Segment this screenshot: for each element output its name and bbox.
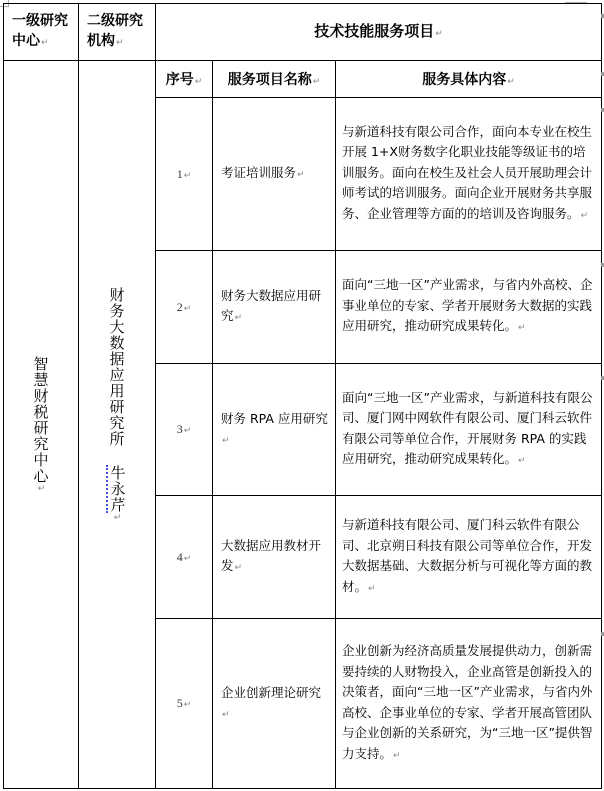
row-content-value: 企业创新为经济高质量发展提供动力，创新需要持续的人财物投入，企业高管是创新投入的… <box>342 643 592 761</box>
paragraph-mark-icon: ↵ <box>235 313 243 323</box>
paragraph-mark-icon: ↵ <box>507 77 515 87</box>
subheader-name-label: 服务项目名称 <box>228 72 312 88</box>
paragraph-mark-icon: ↵ <box>184 699 192 709</box>
header-level2-label: 二级研究机构 <box>87 13 143 49</box>
paragraph-mark-icon: ↵ <box>435 29 443 39</box>
paragraph-mark-icon: ↵ <box>235 563 243 573</box>
level2-person-name: 牛永芹 <box>106 465 129 513</box>
row-content: 企业创新为经济高质量发展提供动力，创新需要持续的人财物投入，企业高管是创新投入的… <box>336 619 602 789</box>
paragraph-mark-icon: ↵ <box>368 584 376 594</box>
paragraph-mark-icon: ↵ <box>222 710 230 720</box>
paragraph-mark-icon: ↵ <box>114 513 122 523</box>
row-name-value: 企业创新理论研究 <box>221 685 321 700</box>
row-content-value: 面向“三地一区”产业需求，与新道科技有限公司、厦门网中网软件有限公司、厦门科云软… <box>342 390 592 467</box>
paragraph-mark-icon: ↵ <box>184 303 192 313</box>
row-seq-value: 5 <box>177 696 183 710</box>
row-name: 大数据应用教材开发↵ <box>213 496 336 619</box>
row-seq-value: 1 <box>177 167 183 181</box>
subheader-row: 智慧财税研究中心 ↵ 财务大数据应用研究所 牛永芹 ↵ 序号↵ 服务项目名称↵ … <box>4 61 602 98</box>
paragraph-mark-icon: ↵ <box>195 77 203 87</box>
row-content: 面向“三地一区”产业需求，与新道科技有限公司、厦门网中网软件有限公司、厦门科云软… <box>336 364 602 496</box>
row-name: 企业创新理论研究↵ <box>213 619 336 789</box>
row-seq-value: 2 <box>177 300 183 314</box>
row-name-value: 财务 RPA 应用研究 <box>221 411 328 426</box>
row-name: 财务大数据应用研究↵ <box>213 251 336 364</box>
paragraph-mark-icon: ↵ <box>518 456 526 466</box>
row-seq: 3↵ <box>156 364 213 496</box>
row-seq: 5↵ <box>156 619 213 789</box>
header-level1-label: 一级研究中心 <box>12 13 68 49</box>
level1-center-cell: 智慧财税研究中心 ↵ <box>4 61 79 789</box>
level2-institute-cell: 财务大数据应用研究所 牛永芹 ↵ <box>79 61 156 789</box>
paragraph-mark-icon: ↵ <box>581 211 589 221</box>
row-content: 与新道科技有限公司、厦门科云软件有限公司、北京朔日科技有限公司等单位合作，开发大… <box>336 496 602 619</box>
paragraph-mark-icon: ↵ <box>38 484 46 494</box>
paragraph-mark-icon: ↵ <box>184 170 192 180</box>
paragraph-mark-icon: ↵ <box>393 751 401 761</box>
row-seq: 4↵ <box>156 496 213 619</box>
paragraph-mark-icon: ↵ <box>184 553 192 563</box>
subheader-name: 服务项目名称↵ <box>213 61 336 98</box>
subheader-seq: 序号↵ <box>156 61 213 98</box>
header-level1-center: 一级研究中心↵ <box>4 4 79 61</box>
header-level2-institute: 二级研究机构↵ <box>79 4 156 61</box>
row-seq-value: 4 <box>177 550 183 564</box>
row-name: 考证培训服务↵ <box>213 98 336 251</box>
paragraph-mark-icon: ↵ <box>313 77 321 87</box>
subheader-seq-label: 序号 <box>166 72 194 88</box>
header-row: 一级研究中心↵ 二级研究机构↵ 技术技能服务项目↵ <box>4 4 602 61</box>
row-seq-value: 3 <box>177 422 183 436</box>
subheader-content: 服务具体内容↵ <box>336 61 602 98</box>
paragraph-mark-icon: ↵ <box>184 425 192 435</box>
row-content-value: 与新道科技有限公司合作，面向本专业在校生开展 1+X财务数字化职业技能等级证书的… <box>342 124 592 221</box>
row-name: 财务 RPA 应用研究↵ <box>213 364 336 496</box>
paragraph-mark-icon: ↵ <box>222 436 230 446</box>
row-seq: 1↵ <box>156 98 213 251</box>
paragraph-mark-icon: ↵ <box>41 38 49 48</box>
header-main-label: 技术技能服务项目 <box>314 22 434 40</box>
paragraph-mark-icon: ↵ <box>518 323 526 333</box>
row-content-value: 与新道科技有限公司、厦门科云软件有限公司、北京朔日科技有限公司等单位合作，开发大… <box>342 517 592 594</box>
level1-center-value: 智慧财税研究中心 <box>31 356 52 484</box>
row-content: 与新道科技有限公司合作，面向本专业在校生开展 1+X财务数字化职业技能等级证书的… <box>336 98 602 251</box>
paragraph-mark-icon: ↵ <box>297 170 305 180</box>
service-table: 一级研究中心↵ 二级研究机构↵ 技术技能服务项目↵ 智慧财税研究中心 ↵ 财务大… <box>3 3 602 789</box>
row-name-value: 考证培训服务 <box>221 165 296 180</box>
subheader-content-label: 服务具体内容 <box>422 72 506 88</box>
level2-institute-value: 财务大数据应用研究所 <box>107 287 128 447</box>
row-content: 面向“三地一区”产业需求，与省内外高校、企事业单位的专家、学者开展财务大数据的实… <box>336 251 602 364</box>
row-content-value: 面向“三地一区”产业需求，与省内外高校、企事业单位的专家、学者开展财务大数据的实… <box>342 277 592 333</box>
paragraph-mark-icon: ↵ <box>116 38 124 48</box>
header-service-items: 技术技能服务项目↵ <box>156 4 602 61</box>
row-seq: 2↵ <box>156 251 213 364</box>
